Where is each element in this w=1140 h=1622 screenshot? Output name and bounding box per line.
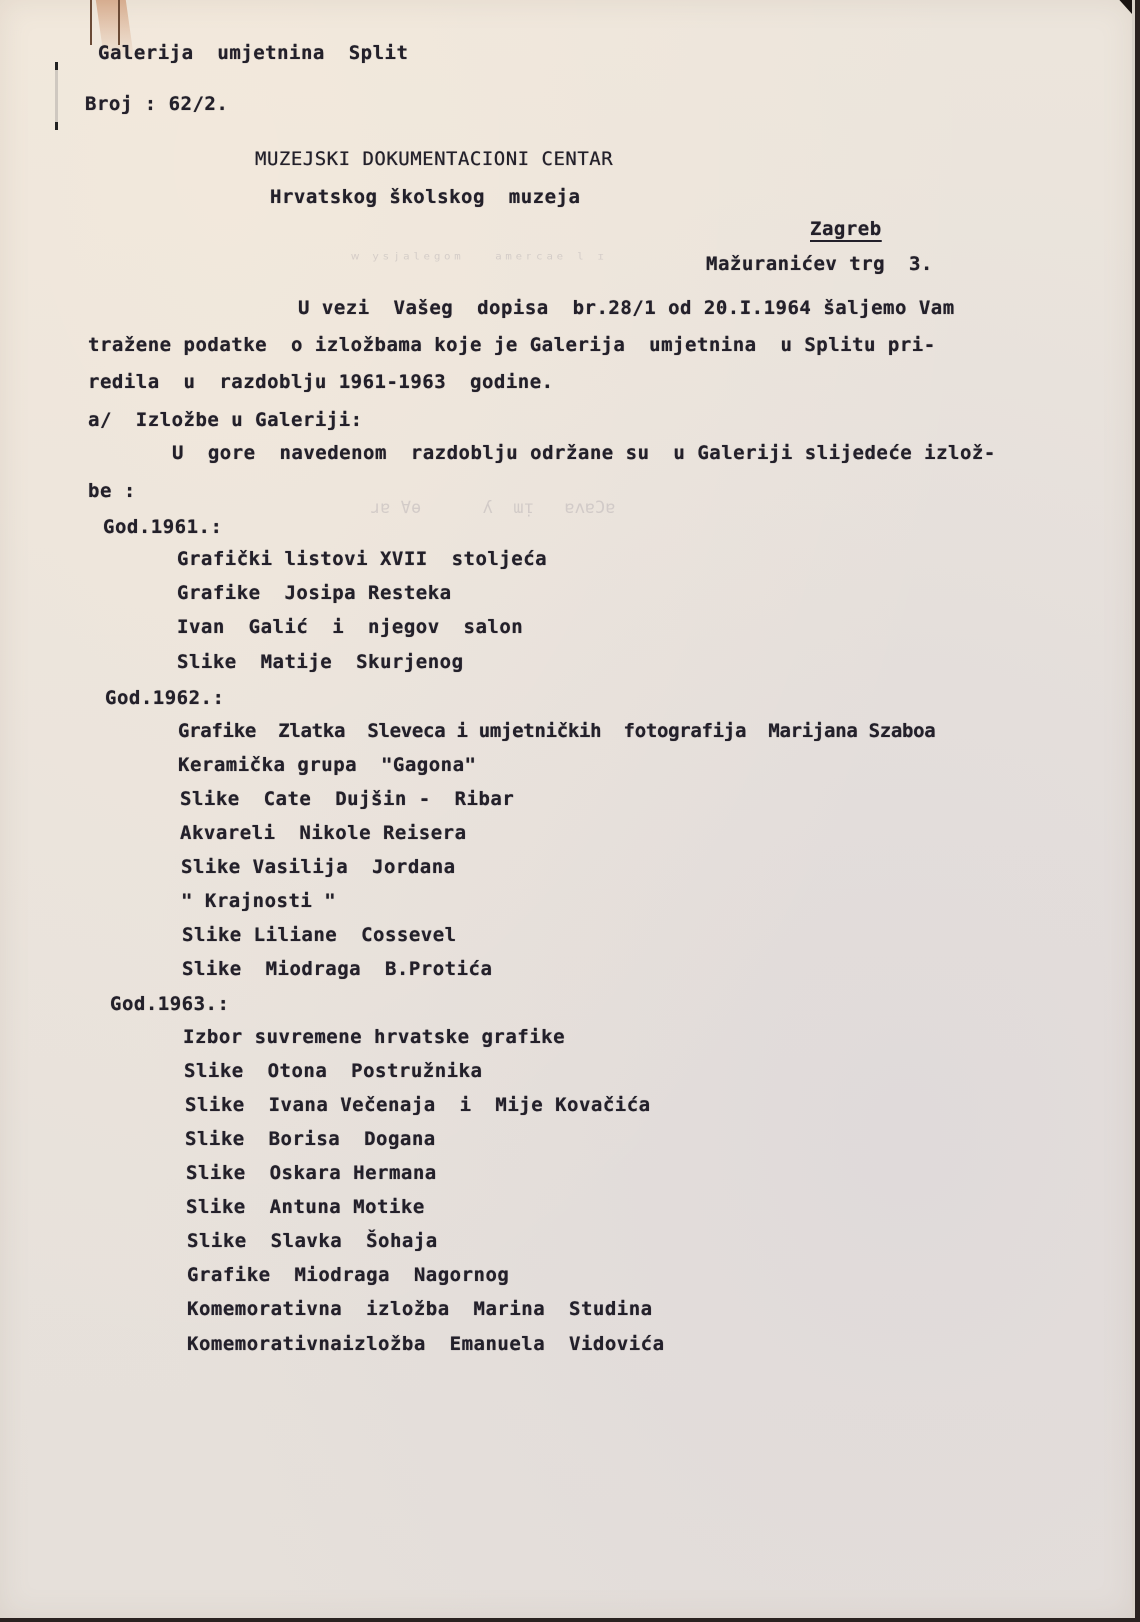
exhibition-item: " Krajnosti " [181, 890, 336, 912]
sender-name: Galerija umjetnina Split [98, 42, 408, 64]
show-through-text: ʷ ʸˢʲᵃˡᵉᵍᵒᵐ ᵃᵐᵉʳᶜᵃᵉ ˡ ᶦ [350, 250, 606, 270]
exhibition-item: Grafike Josipa Resteka [177, 582, 452, 604]
reference-number: Broj : 62/2. [85, 93, 228, 115]
exhibition-item: Ivan Galić i njegov salon [177, 616, 523, 638]
exhibition-item: Slike Miodraga B.Protića [182, 958, 492, 980]
torn-corner [1114, 0, 1132, 14]
exhibition-item: Slike Oskara Hermana [186, 1162, 437, 1184]
recipient-line1: MUZEJSKI DOKUMENTACIONI CENTAR [255, 148, 613, 170]
recipient-city: Zagreb [810, 218, 882, 240]
exhibition-item: Grafike Zlatka Sleveca i umjetničkih fot… [178, 720, 935, 742]
staple-mark [90, 0, 92, 45]
staple-mark [118, 0, 120, 45]
document-page: ʷ ʸˢʲᵃˡᵉᵍᵒᵐ ᵃᵐᵉʳᶜᵃᵉ ˡ ᶦ ɹɐ ∀ɵ ʎ ɯᴉ ɐʌɐƆɐ… [0, 0, 1135, 1618]
exhibition-item: Grafike Miodraga Nagornog [187, 1264, 509, 1286]
year-heading-1961: God.1961.: [103, 516, 222, 538]
exhibition-item: Akvareli Nikole Reisera [180, 822, 467, 844]
year-heading-1962: God.1962.: [105, 687, 224, 709]
exhibition-item: Slike Otona Postružnika [184, 1060, 482, 1082]
exhibition-item: Slike Slavka Šohaja [187, 1230, 438, 1252]
year-heading-1963: God.1963.: [110, 993, 229, 1015]
exhibition-item: Slike Vasilija Jordana [181, 856, 456, 878]
intro-line-1: U vezi Vašeg dopisa br.28/1 od 20.I.1964… [298, 297, 955, 319]
exhibition-item: Keramička grupa "Gagona" [178, 754, 476, 776]
exhibition-item: Slike Liliane Cossevel [182, 924, 457, 946]
exhibition-item: Komemorativna izložba Marina Studina [187, 1298, 653, 1320]
show-through-text: ɹɐ ∀ɵ ʎ ɯᴉ ɐʌɐƆɐ [370, 498, 616, 518]
exhibition-item: Slike Borisa Dogana [185, 1128, 436, 1150]
exhibition-item: Slike Ivana Večenaja i Mije Kovačića [185, 1094, 651, 1116]
punch-hole-mark [55, 62, 58, 130]
intro-line-3: redila u razdoblju 1961-1963 godine. [88, 371, 554, 393]
section-a-line-2: be : [88, 480, 136, 502]
exhibition-item: Slike Matije Skurjenog [177, 651, 464, 673]
exhibition-item: Izbor suvremene hrvatske grafike [183, 1026, 565, 1048]
exhibition-item: Komemorativnaizložba Emanuela Vidovića [187, 1333, 665, 1355]
section-a-title: a/ Izložbe u Galeriji: [88, 409, 363, 431]
recipient-address: Mažuranićev trg 3. [706, 253, 933, 275]
recipient-line2: Hrvatskog školskog muzeja [270, 186, 580, 208]
intro-line-2: tražene podatke o izložbama koje je Gale… [88, 334, 936, 356]
section-a-line-1: U gore navedenom razdoblju održane su u … [172, 442, 996, 464]
exhibition-item: Slike Cate Dujšin - Ribar [180, 788, 514, 810]
exhibition-item: Slike Antuna Motike [186, 1196, 425, 1218]
exhibition-item: Grafički listovi XVII stoljeća [177, 548, 547, 570]
